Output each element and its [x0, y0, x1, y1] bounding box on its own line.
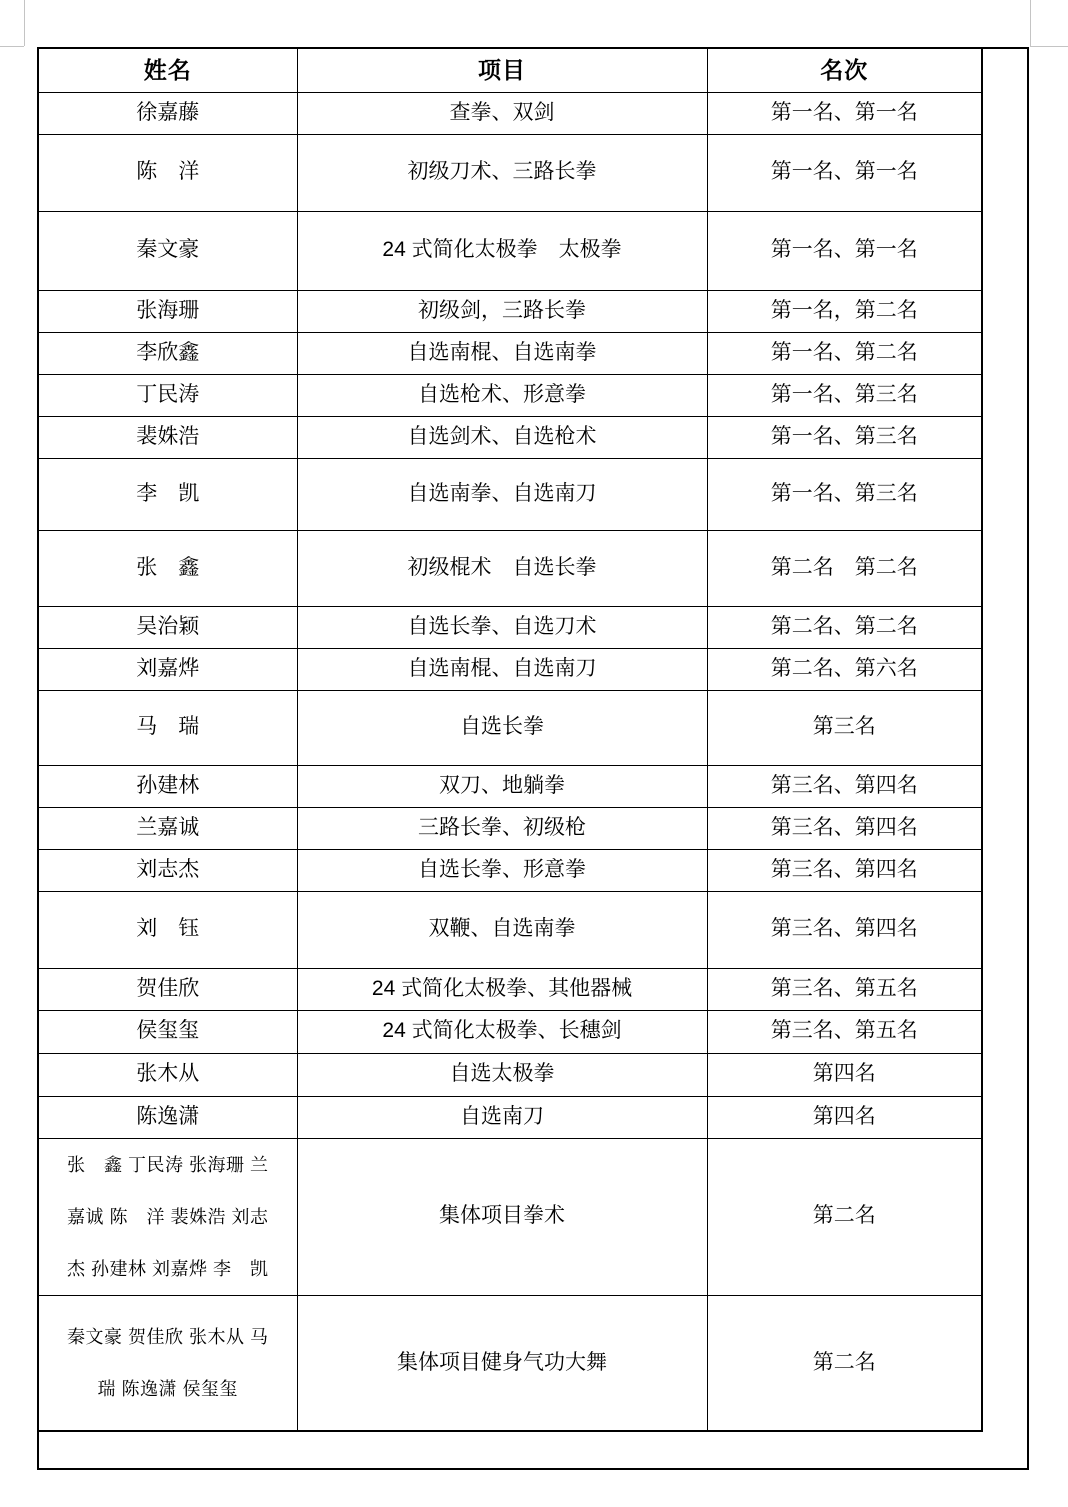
name-cell: 张 鑫 丁民涛 张海珊 兰 嘉诚 陈 洋 裴姝浩 刘志 杰 孙建林 刘嘉烨 李 …	[38, 1138, 297, 1295]
table-row: 徐嘉藤查拳、双剑第一名、第一名	[38, 92, 982, 134]
rank-cell: 第二名 第二名	[707, 530, 982, 606]
event-cell: 24 式简化太极拳、其他器械	[297, 968, 707, 1010]
rank-cell: 第四名	[707, 1096, 982, 1138]
event-cell: 自选长拳、自选刀术	[297, 606, 707, 648]
table-row: 秦文豪 贺佳欣 张木从 马 瑞 陈逸潇 侯玺玺集体项目健身气功大舞第二名	[38, 1295, 982, 1431]
rank-cell: 第一名、第一名	[707, 134, 982, 211]
header-row: 姓名 项目 名次	[38, 48, 982, 92]
event-cell: 查拳、双剑	[297, 92, 707, 134]
event-cell: 自选太极拳	[297, 1053, 707, 1096]
name-cell: 陈 洋	[38, 134, 297, 211]
table-row: 侯玺玺24 式简化太极拳、长穗剑第三名、第五名	[38, 1010, 982, 1053]
page-margin-mark-top-right-vertical	[1030, 0, 1031, 46]
table-row: 丁民涛自选枪术、形意拳第一名、第三名	[38, 374, 982, 416]
header-rank: 名次	[707, 48, 982, 92]
name-cell: 李欣鑫	[38, 332, 297, 374]
name-cell: 裴姝浩	[38, 416, 297, 458]
table-row: 兰嘉诚三路长拳、初级枪第三名、第四名	[38, 807, 982, 849]
name-cell: 吴治颖	[38, 606, 297, 648]
table-row: 张 鑫初级棍术 自选长拳第二名 第二名	[38, 530, 982, 606]
event-cell: 自选南刀	[297, 1096, 707, 1138]
rank-cell: 第二名、第二名	[707, 606, 982, 648]
name-cell: 陈逸潇	[38, 1096, 297, 1138]
rank-cell: 第三名、第四名	[707, 765, 982, 807]
rank-cell: 第四名	[707, 1053, 982, 1096]
table-row: 李欣鑫自选南棍、自选南拳第一名、第二名	[38, 332, 982, 374]
rank-cell: 第一名、第一名	[707, 92, 982, 134]
name-cell: 张海珊	[38, 290, 297, 332]
table-row: 孙建林双刀、地躺拳第三名、第四名	[38, 765, 982, 807]
event-cell: 自选剑术、自选枪术	[297, 416, 707, 458]
name-cell: 张 鑫	[38, 530, 297, 606]
name-cell: 兰嘉诚	[38, 807, 297, 849]
event-cell: 自选南棍、自选南拳	[297, 332, 707, 374]
event-cell: 集体项目拳术	[297, 1138, 707, 1295]
table-row: 刘嘉烨自选南棍、自选南刀第二名、第六名	[38, 648, 982, 690]
table-row: 陈逸潇自选南刀第四名	[38, 1096, 982, 1138]
table-row: 张木从自选太极拳第四名	[38, 1053, 982, 1096]
page-margin-mark-top-left-horizontal	[0, 46, 24, 47]
page-margin-mark-top-left-vertical	[24, 0, 25, 46]
table-row: 刘 钰双鞭、自选南拳第三名、第四名	[38, 891, 982, 968]
table-row: 马 瑞自选长拳第三名	[38, 690, 982, 765]
event-cell: 集体项目健身气功大舞	[297, 1295, 707, 1431]
event-cell: 24 式简化太极拳、长穗剑	[297, 1010, 707, 1053]
name-cell: 贺佳欣	[38, 968, 297, 1010]
event-cell: 初级刀术、三路长拳	[297, 134, 707, 211]
name-cell: 刘嘉烨	[38, 648, 297, 690]
event-cell: 双鞭、自选南拳	[297, 891, 707, 968]
name-cell: 张木从	[38, 1053, 297, 1096]
results-table: 姓名 项目 名次 徐嘉藤查拳、双剑第一名、第一名陈 洋初级刀术、三路长拳第一名、…	[37, 47, 983, 1432]
event-cell: 自选南拳、自选南刀	[297, 458, 707, 530]
name-cell: 侯玺玺	[38, 1010, 297, 1053]
rank-cell: 第三名、第四名	[707, 807, 982, 849]
name-cell: 徐嘉藤	[38, 92, 297, 134]
table-row: 李 凯自选南拳、自选南刀第一名、第三名	[38, 458, 982, 530]
rank-cell: 第一名、第二名	[707, 332, 982, 374]
table-row: 刘志杰自选长拳、形意拳第三名、第四名	[38, 849, 982, 891]
rank-cell: 第三名、第五名	[707, 1010, 982, 1053]
name-cell: 丁民涛	[38, 374, 297, 416]
event-cell: 初级棍术 自选长拳	[297, 530, 707, 606]
table-row: 张 鑫 丁民涛 张海珊 兰 嘉诚 陈 洋 裴姝浩 刘志 杰 孙建林 刘嘉烨 李 …	[38, 1138, 982, 1295]
name-cell: 李 凯	[38, 458, 297, 530]
event-cell: 双刀、地躺拳	[297, 765, 707, 807]
rank-cell: 第一名、第三名	[707, 416, 982, 458]
event-cell: 初级剑，三路长拳	[297, 290, 707, 332]
rank-cell: 第二名	[707, 1295, 982, 1431]
rank-cell: 第三名	[707, 690, 982, 765]
rank-cell: 第一名、第一名	[707, 211, 982, 290]
name-cell: 刘 钰	[38, 891, 297, 968]
page-margin-mark-top-right-horizontal	[1030, 46, 1068, 47]
rank-cell: 第二名	[707, 1138, 982, 1295]
rank-cell: 第三名、第四名	[707, 891, 982, 968]
table-row: 陈 洋初级刀术、三路长拳第一名、第一名	[38, 134, 982, 211]
document-page: 姓名 项目 名次 徐嘉藤查拳、双剑第一名、第一名陈 洋初级刀术、三路长拳第一名、…	[0, 0, 1068, 1507]
name-cell: 孙建林	[38, 765, 297, 807]
event-cell: 自选南棍、自选南刀	[297, 648, 707, 690]
name-cell: 马 瑞	[38, 690, 297, 765]
event-cell: 24 式简化太极拳 太极拳	[297, 211, 707, 290]
rank-cell: 第二名、第六名	[707, 648, 982, 690]
table-row: 贺佳欣24 式简化太极拳、其他器械第三名、第五名	[38, 968, 982, 1010]
name-cell: 刘志杰	[38, 849, 297, 891]
event-cell: 自选枪术、形意拳	[297, 374, 707, 416]
header-name: 姓名	[38, 48, 297, 92]
rank-cell: 第一名，第二名	[707, 290, 982, 332]
rank-cell: 第三名、第四名	[707, 849, 982, 891]
name-cell: 秦文豪 贺佳欣 张木从 马 瑞 陈逸潇 侯玺玺	[38, 1295, 297, 1431]
rank-cell: 第一名、第三名	[707, 458, 982, 530]
table-row: 裴姝浩自选剑术、自选枪术第一名、第三名	[38, 416, 982, 458]
name-cell: 秦文豪	[38, 211, 297, 290]
table-row: 张海珊初级剑，三路长拳第一名，第二名	[38, 290, 982, 332]
event-cell: 自选长拳、形意拳	[297, 849, 707, 891]
event-cell: 三路长拳、初级枪	[297, 807, 707, 849]
event-cell: 自选长拳	[297, 690, 707, 765]
rank-cell: 第一名、第三名	[707, 374, 982, 416]
table-row: 秦文豪24 式简化太极拳 太极拳第一名、第一名	[38, 211, 982, 290]
header-event: 项目	[297, 48, 707, 92]
table-row: 吴治颖自选长拳、自选刀术第二名、第二名	[38, 606, 982, 648]
rank-cell: 第三名、第五名	[707, 968, 982, 1010]
